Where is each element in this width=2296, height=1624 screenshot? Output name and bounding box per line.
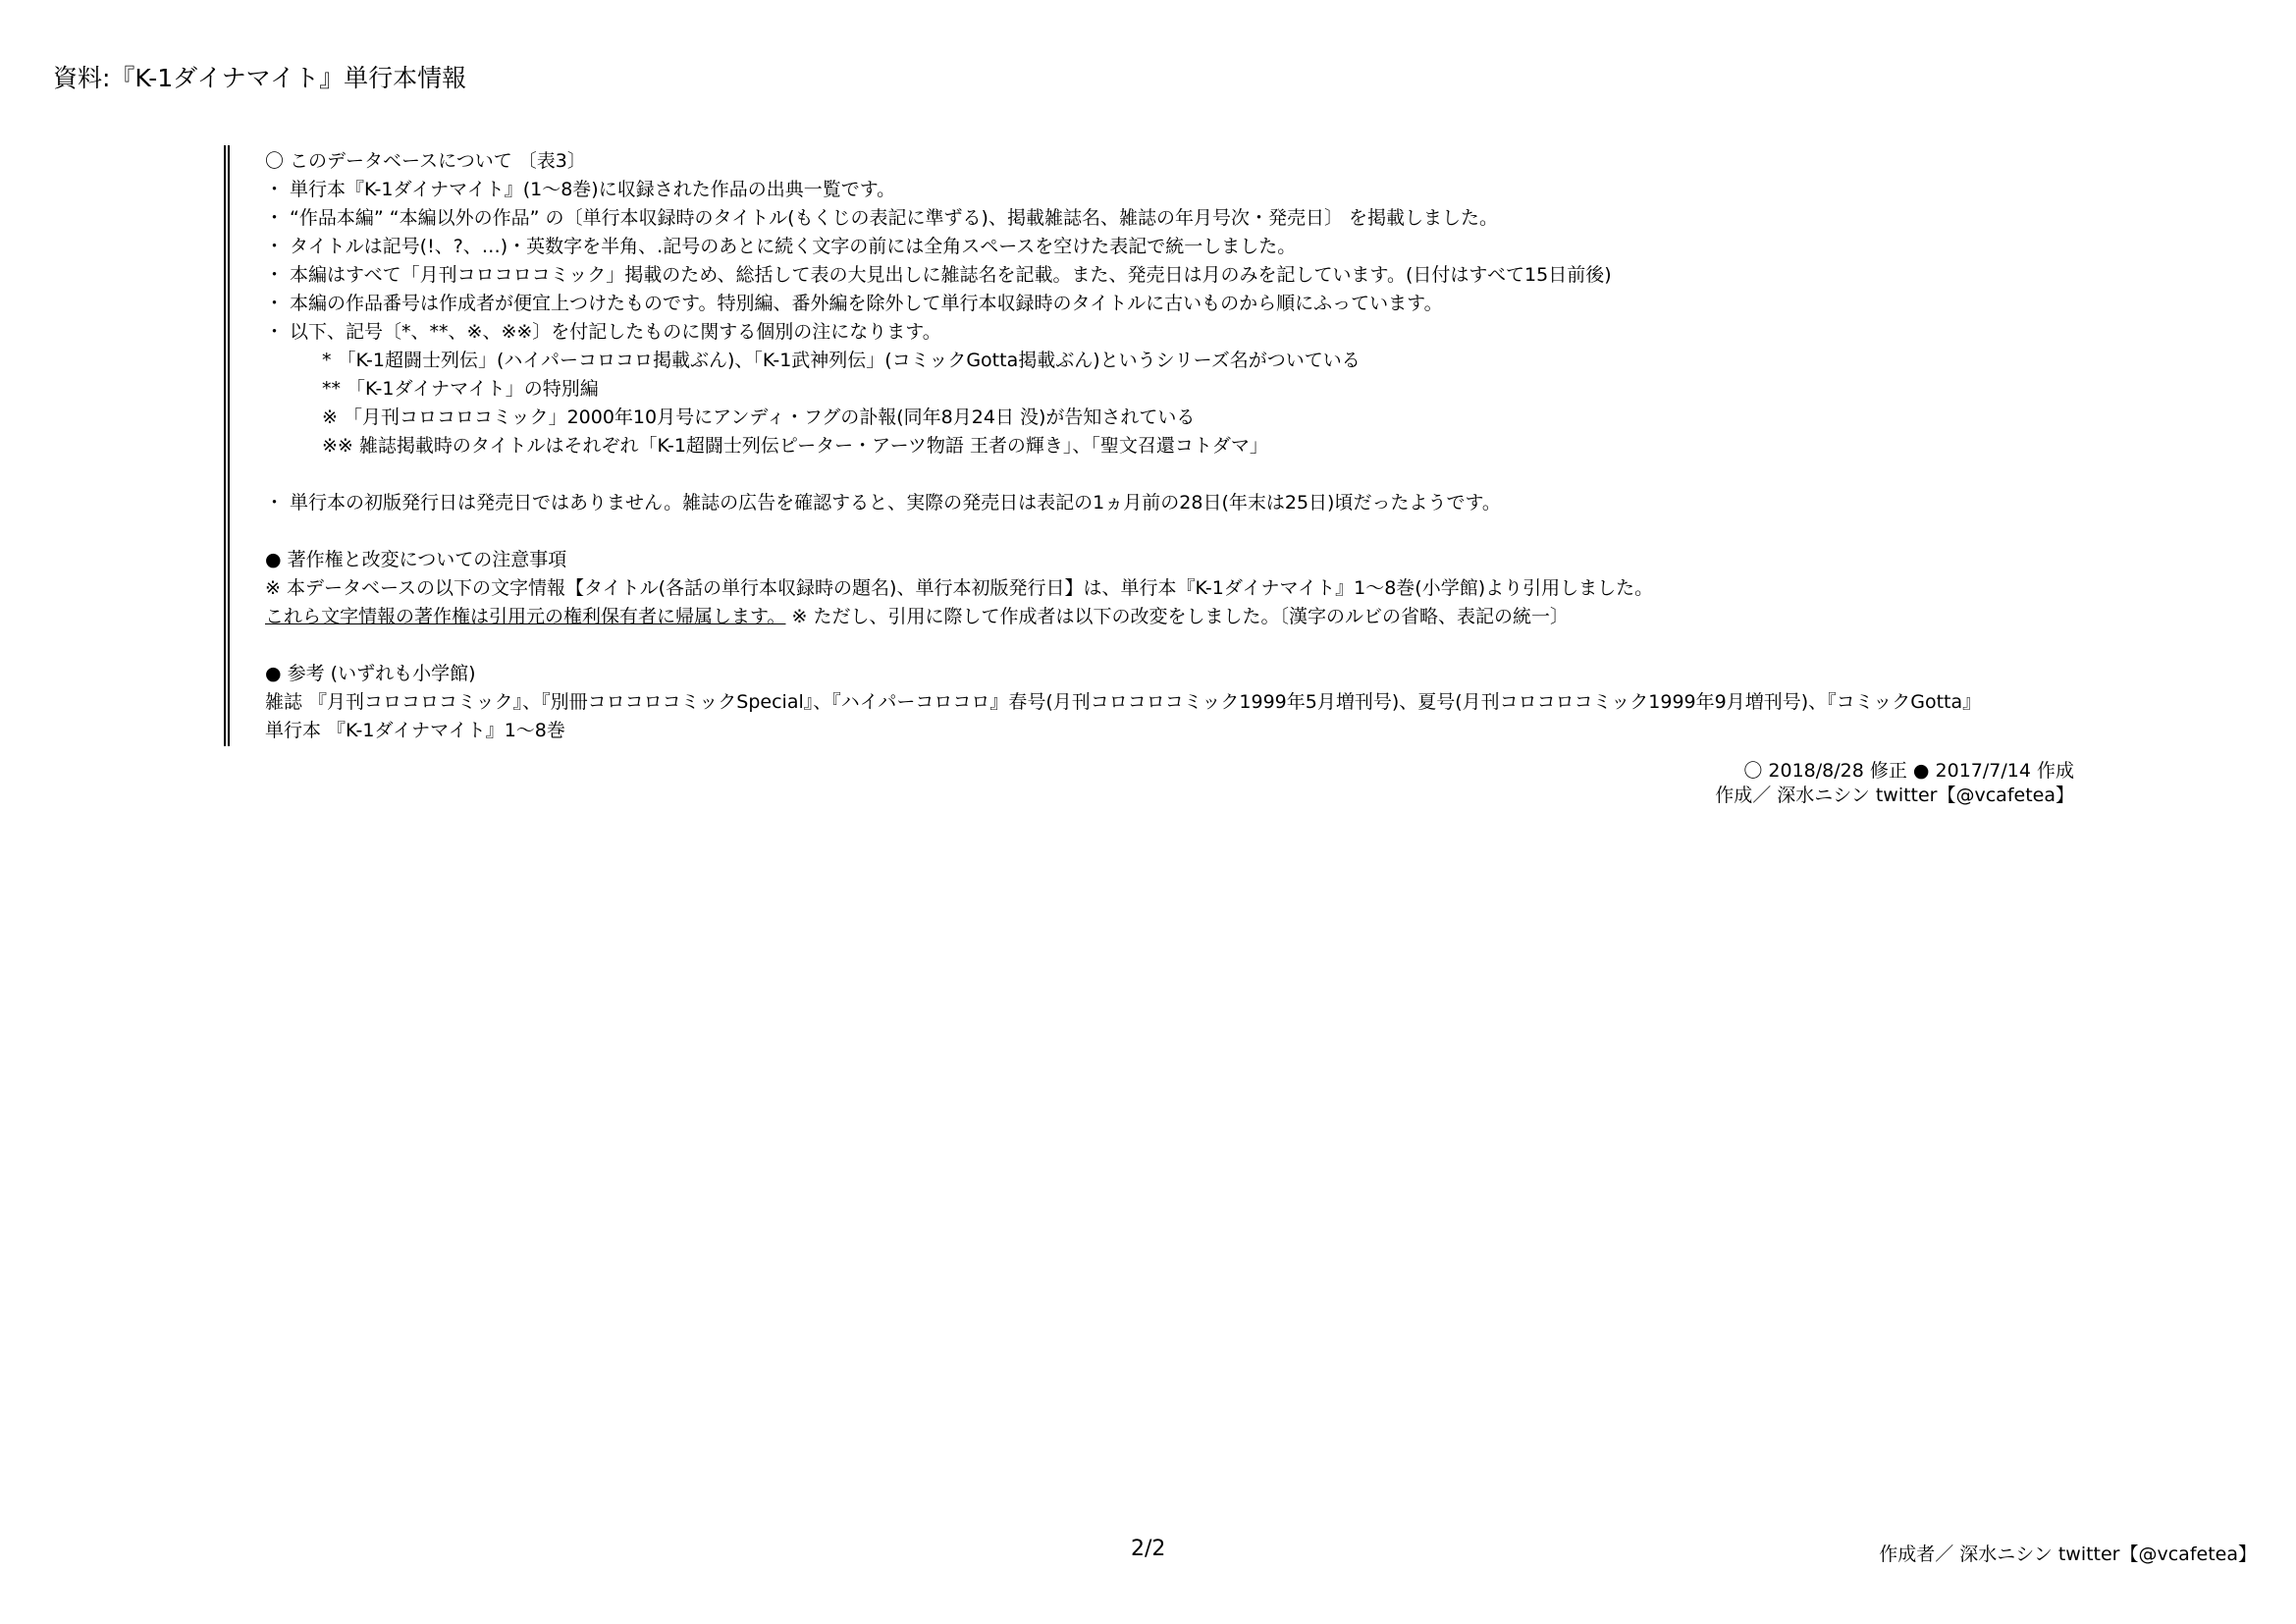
copyright-line-1: ※ 本データベースの以下の文字情報【タイトル(各話の単行本収録時の題名)、単行本… xyxy=(265,576,1653,600)
about-bullet-5: ・ 本編の作品番号は作成者が便宜上つけたものです。特別編、番外編を除外して単行本… xyxy=(265,292,1443,315)
page-number: 2/2 xyxy=(1131,1537,1165,1561)
symbol-note-double-reference-mark: ※※ 雑誌掲載時のタイトルはそれぞれ「K-1超闘士列伝ピーター・アーツ物語 王者… xyxy=(322,434,1268,458)
about-bullet-2: ・ “作品本編” “本編以外の作品” の〔単行本収録時のタイトル(もくじの表記に… xyxy=(265,206,1498,230)
about-bullet-6: ・ 以下、記号〔*、**、※、※※〕を付記したものに関する個別の注になります。 xyxy=(265,320,941,344)
symbol-note-reference-mark: ※ 「月刊コロコロコミック」2000年10月号にアンディ・フグの訃報(同年8月2… xyxy=(322,406,1195,429)
about-bullet-4: ・ 本編はすべて「月刊コロコロコミック」掲載のため、総括して表の大見出しに雑誌名… xyxy=(265,263,1612,287)
symbol-note-asterisk: * 「K-1超闘士列伝」(ハイパーコロコロ掲載ぶん)、「K-1武神列伝」(コミッ… xyxy=(322,349,1361,372)
release-date-note: ・ 単行本の初版発行日は発売日ではありません。雑誌の広告を確認すると、実際の発売… xyxy=(265,491,1501,514)
revision-dates: 〇 2018/8/28 修正 ● 2017/7/14 作成 xyxy=(1743,759,2074,783)
about-bullet-3: ・ タイトルは記号(!、?、…)・英数字を半角、.記号のあとに続く文字の前には全… xyxy=(265,235,1296,258)
copyright-line-2: これら文字情報の著作権は引用元の権利保有者に帰属します。 ※ ただし、引用に際し… xyxy=(265,605,1569,628)
about-heading: 〇 このデータベースについて 〔表3〕 xyxy=(265,149,586,173)
references-magazines: 雑誌 『月刊コロコロコミック』、『別冊コロコロコミックSpecial』、『ハイパ… xyxy=(265,690,1981,714)
copyright-heading: ● 著作権と改変についての注意事項 xyxy=(265,548,566,571)
footer-author: 作成者／ 深水ニシン twitter【@vcafetea】 xyxy=(1879,1540,2257,1566)
references-books: 単行本 『K-1ダイナマイト』1～8巻 xyxy=(265,719,565,742)
copyright-ownership-notice: これら文字情報の著作権は引用元の権利保有者に帰属します。 xyxy=(265,606,785,627)
signature-author: 作成／ 深水ニシン twitter【@vcafetea】 xyxy=(1715,784,2074,807)
references-heading: ● 参考 (いずれも小学館) xyxy=(265,662,475,685)
about-bullet-1: ・ 単行本『K-1ダイナマイト』(1～8巻)に収録された作品の出典一覧です。 xyxy=(265,178,895,201)
symbol-note-double-asterisk: ** 「K-1ダイナマイト」の特別編 xyxy=(322,377,599,401)
notes-block: 〇 このデータベースについて 〔表3〕 ・ 単行本『K-1ダイナマイト』(1～8… xyxy=(224,145,2089,746)
copyright-modification-notice: ※ ただし、引用に際して作成者は以下の改変をしました。〔漢字のルビの省略、表記の… xyxy=(785,606,1569,627)
page-title: 資料:『K-1ダイナマイト』単行本情報 xyxy=(53,59,466,94)
